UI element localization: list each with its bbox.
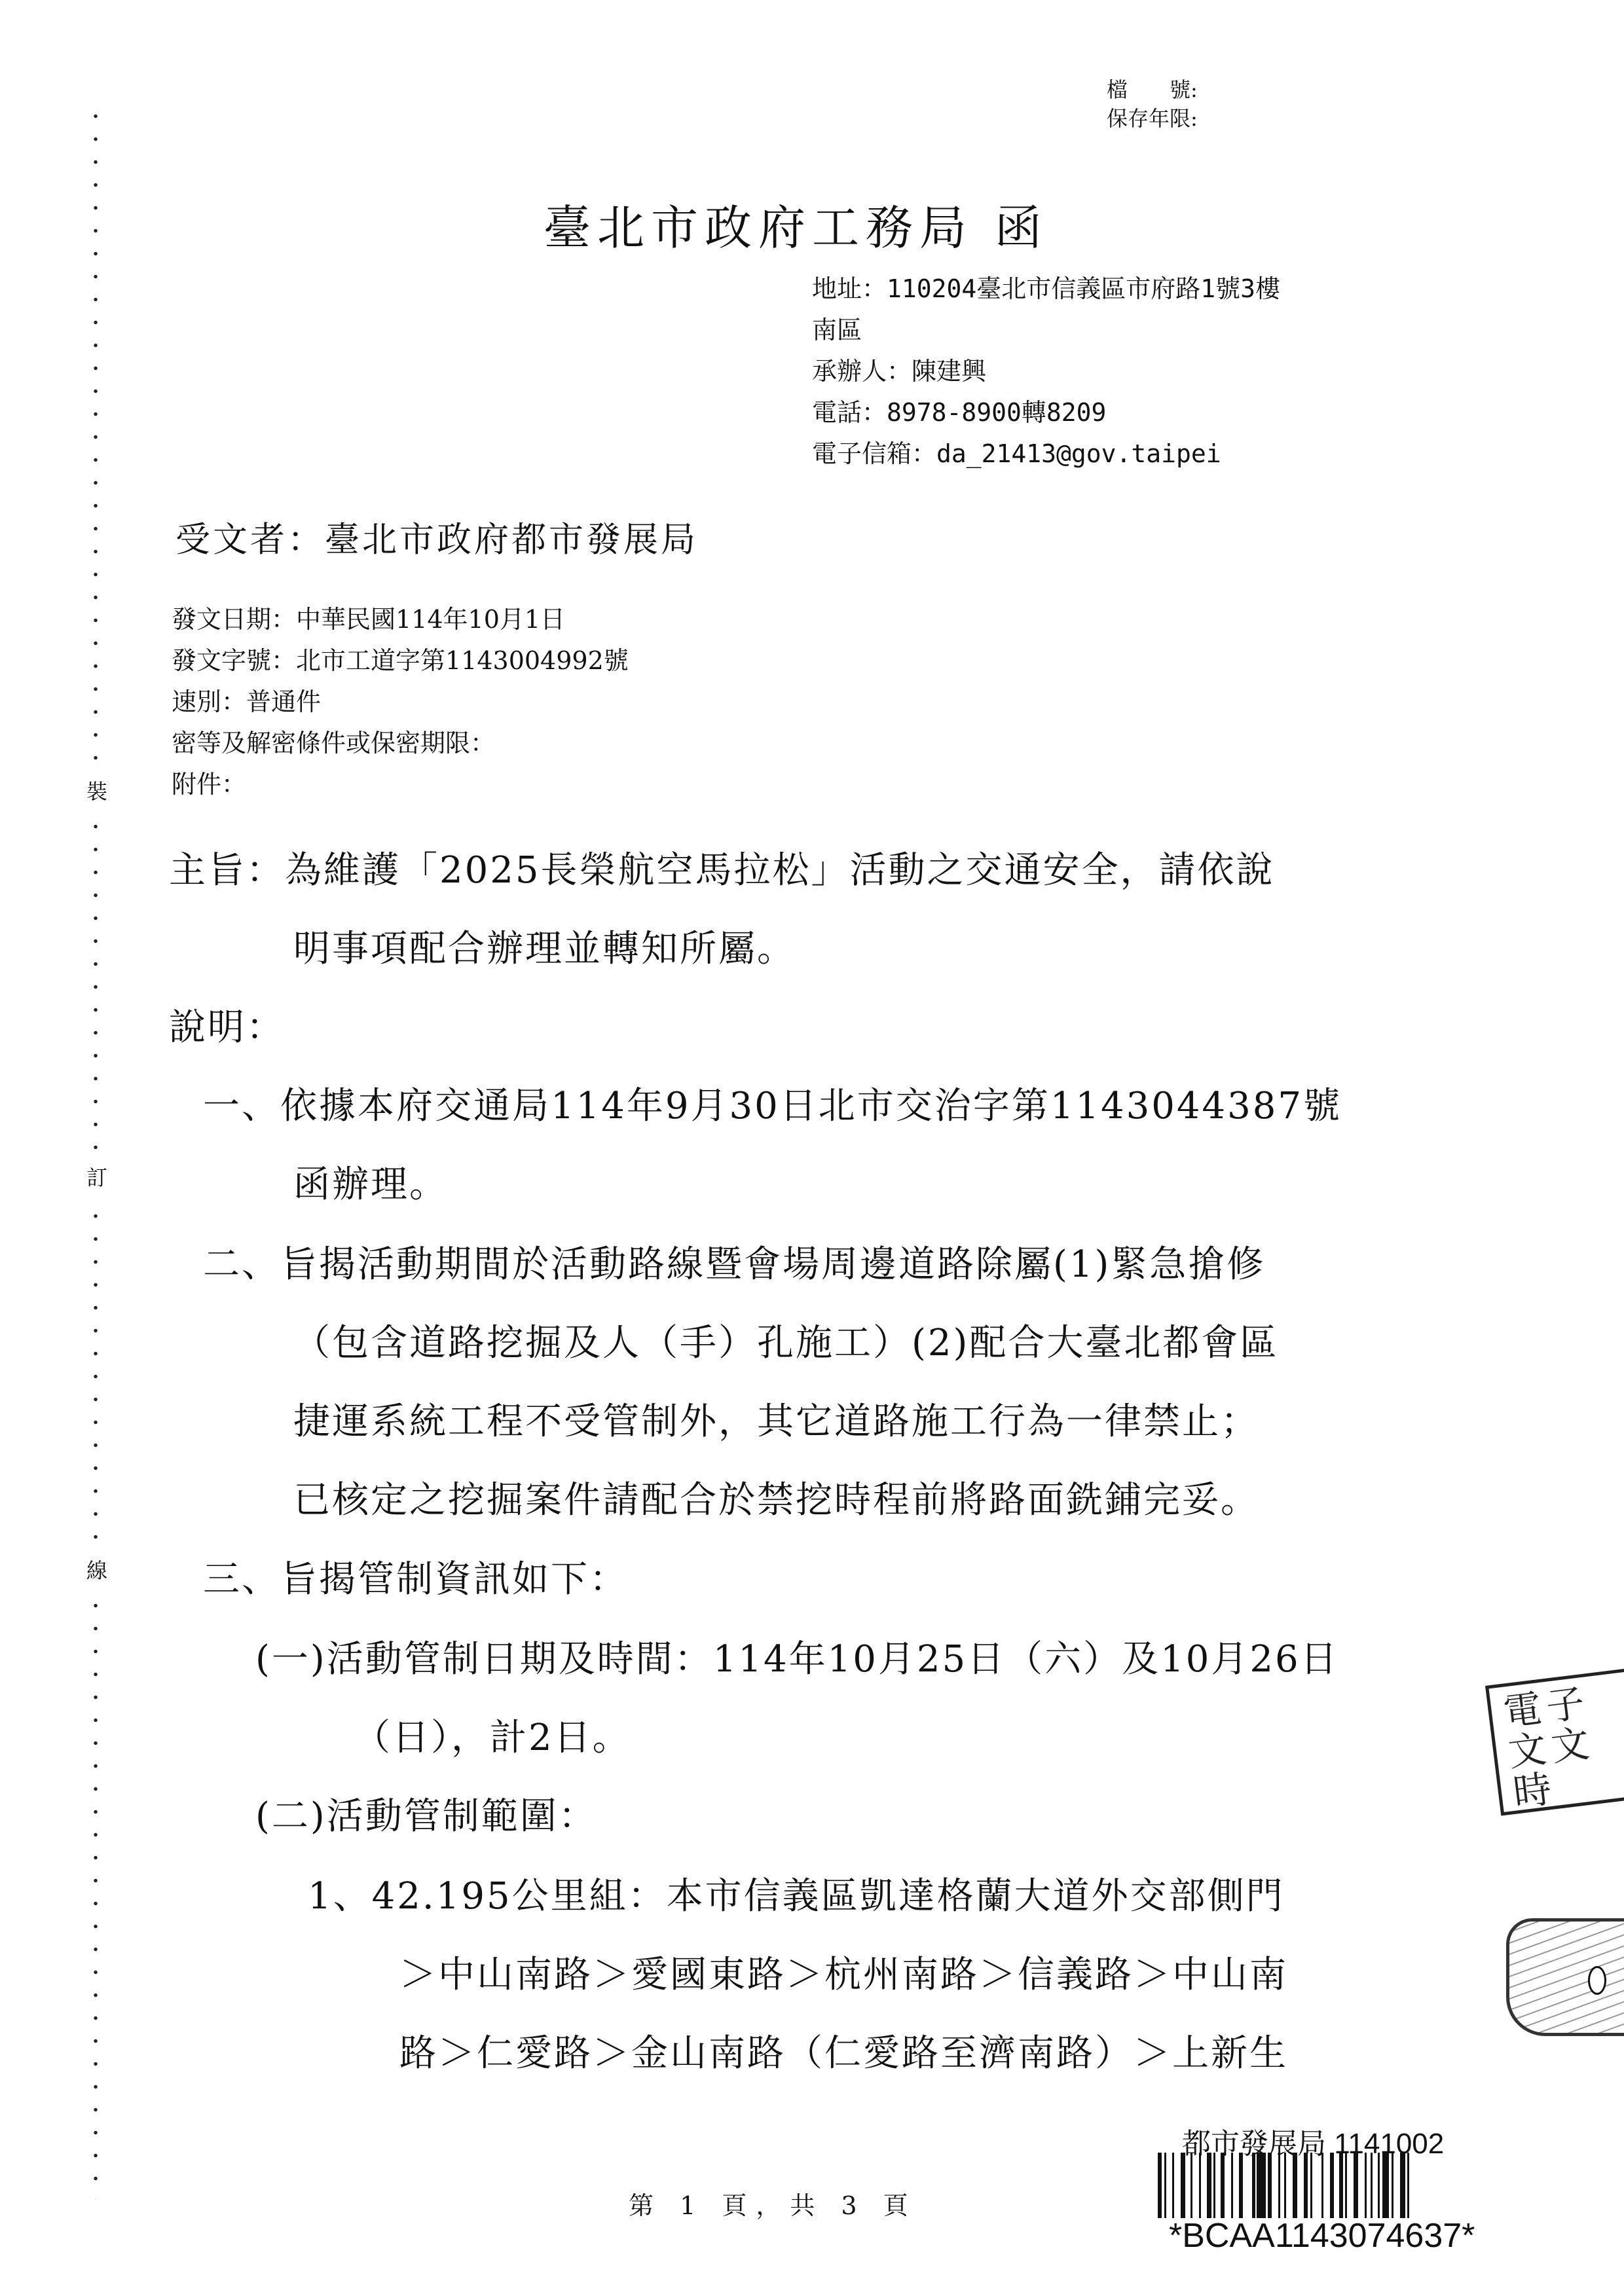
explanation-item-1: 函辦理。	[293, 1156, 448, 1208]
file-number-label: 檔 號:	[1107, 75, 1198, 104]
explanation-item-2: 捷運系統工程不受管制外，其它道路施工行為一律禁止；	[293, 1393, 1259, 1445]
marathon-route: 1、42.195公里組：本市信義區凱達格蘭大道外交部側門	[308, 1867, 1285, 1920]
control-scope-label: (二)活動管制範圍：	[255, 1787, 597, 1840]
contact-block: 地址：110204臺北市信義區市府路1號3樓 南區 承辦人：陳建興 電話：897…	[812, 268, 1280, 475]
address: 地址：110204臺北市信義區市府路1號3樓	[812, 268, 1280, 310]
document-number: 發文字號：北市工道字第1143004992號	[172, 640, 629, 682]
file-meta: 檔 號: 保存年限:	[1107, 75, 1198, 133]
handler: 承辦人：陳建興	[812, 351, 1280, 392]
control-schedule: （日），計2日。	[354, 1709, 631, 1761]
explanation-item-2: （包含道路挖掘及人（手）孔施工）(2)配合大臺北都會區	[293, 1314, 1278, 1366]
electronic-document-stamp: 電文時子文	[1485, 1667, 1624, 1816]
attachment: 附件：	[172, 764, 629, 805]
email: 電子信箱：da_21413@gov.taipei	[812, 433, 1280, 475]
stamp-text: 子文	[1541, 1683, 1595, 1768]
subject-line: 明事項配合辦理並轉知所屬。	[293, 920, 796, 972]
seal-stamp	[1506, 1918, 1624, 2036]
recipient: 受文者：臺北市政府都市發展局	[175, 512, 698, 562]
phone: 電話：8978-8900轉8209	[812, 392, 1280, 433]
explanation-item-2: 已核定之挖掘案件請配合於禁挖時程前將路面銑鋪完妥。	[293, 1471, 1259, 1523]
delivery-speed: 速別：普通件	[172, 682, 629, 723]
seal-oval-icon	[1588, 1966, 1606, 1995]
secrecy-level: 密等及解密條件或保密期限：	[172, 723, 629, 764]
subject-line: 主旨：為維護「2025長榮航空馬拉松」活動之交通安全，請依說	[169, 841, 1275, 894]
issue-date: 發文日期：中華民國114年10月1日	[172, 599, 629, 640]
document-meta: 發文日期：中華民國114年10月1日 發文字號：北市工道字第1143004992…	[172, 599, 629, 805]
barcode-icon	[1158, 2153, 1446, 2218]
explanation-label: 說明：	[169, 998, 285, 1051]
binding-mark-xian: 線	[84, 1550, 110, 1588]
control-schedule: (一)活動管制日期及時間：114年10月25日（六）及10月26日	[255, 1630, 1339, 1683]
marathon-route: 路＞仁愛路＞金山南路（仁愛路至濟南路）＞上新生	[399, 2024, 1288, 2077]
page-number: 第 1 頁，共 3 頁	[629, 2185, 917, 2221]
address-continued: 南區	[812, 310, 1280, 351]
explanation-item-1: 一、依據本府交通局114年9月30日北市交治字第1143044387號	[203, 1077, 1342, 1129]
barcode-text: *BCAA1143074637*	[1169, 2216, 1475, 2255]
document-title: 臺北市政府工務局 函	[544, 190, 1048, 258]
marathon-route: ＞中山南路＞愛國東路＞杭州南路＞信義路＞中山南	[399, 1946, 1288, 1998]
binding-mark-ding: 訂	[84, 1157, 110, 1195]
explanation-item-3: 三、旨揭管制資訊如下：	[203, 1550, 628, 1603]
binding-mark-zhuang: 裝	[84, 771, 110, 809]
binding-margin-dotted-line	[94, 105, 98, 2200]
explanation-item-2: 二、旨揭活動期間於活動路線暨會場周邊道路除屬(1)緊急搶修	[203, 1235, 1265, 1288]
retention-period-label: 保存年限:	[1107, 104, 1198, 133]
